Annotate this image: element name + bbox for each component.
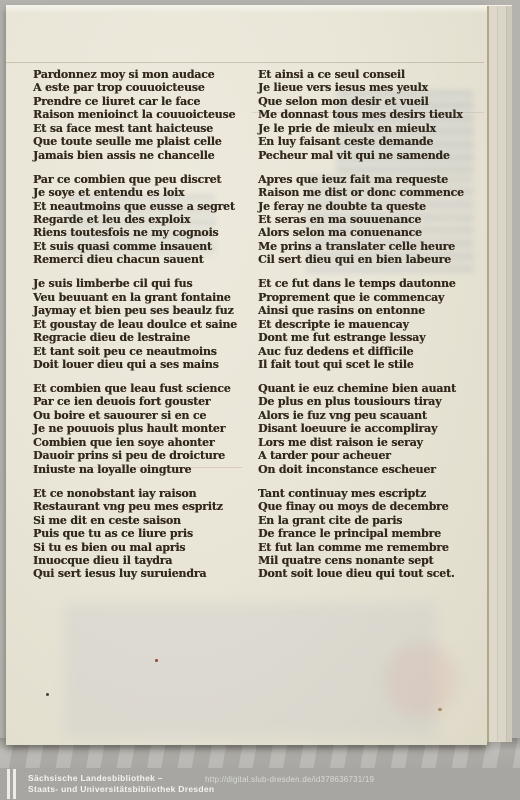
verse-line: Dont soit loue dieu qui tout scet. bbox=[258, 567, 464, 580]
verse-line: Je ne pouuois plus hault monter bbox=[33, 422, 237, 435]
verse-line: Pardonnez moy si mon audace bbox=[33, 68, 237, 81]
verse-line: Doit louer dieu qui a ses mains bbox=[33, 358, 237, 371]
verse-line: Et fut lan comme me remembre bbox=[258, 541, 464, 554]
verse-line: Prendre ce liuret car le face bbox=[33, 95, 237, 108]
verse-line: De france le principal membre bbox=[258, 527, 464, 540]
verse-line: Tant continuay mes escriptz bbox=[258, 487, 464, 500]
paper-speck bbox=[155, 659, 158, 662]
verse-line: Dauoir prins si peu de droicture bbox=[33, 449, 237, 462]
verse-line: Me donnast tous mes desirs tieulx bbox=[258, 108, 464, 121]
verse-line: En luy faisant ceste demande bbox=[258, 135, 464, 148]
verse-line: Et tant soit peu ce neautmoins bbox=[33, 345, 237, 358]
verse-line: Raison menioinct la couuoicteuse bbox=[33, 108, 237, 121]
verse-line: Quant ie euz chemine bien auant bbox=[258, 382, 464, 395]
verse-line: Regarde et leu des exploix bbox=[33, 213, 237, 226]
verse-line: Mil quatre cens nonante sept bbox=[258, 554, 464, 567]
slub-logo-icon bbox=[7, 769, 19, 799]
verse-line: Lors me dist raison ie seray bbox=[258, 436, 464, 449]
stanza-right-4: Quant ie euz chemine bien auantDe plus e… bbox=[258, 382, 464, 476]
paper-speck bbox=[438, 708, 442, 711]
verse-line: En la grant cite de paris bbox=[258, 514, 464, 527]
verse-line: Raison me dist or donc commence bbox=[258, 186, 464, 199]
verse-line: Disant loeuure ie accompliray bbox=[258, 422, 464, 435]
verse-line: Proprement que ie commencay bbox=[258, 291, 464, 304]
text-column-right: Et ainsi a ce seul conseilJe lieue vers … bbox=[258, 68, 464, 591]
verse-line: Restaurant vng peu mes espritz bbox=[33, 500, 237, 513]
verse-line: Si me dit en ceste saison bbox=[33, 514, 237, 527]
verse-line: Et suis quasi comme insauent bbox=[33, 240, 237, 253]
verse-line: Et ce nonobstant iay raison bbox=[33, 487, 237, 500]
verse-line: Me prins a translater celle heure bbox=[258, 240, 464, 253]
stanza-left-3: Je suis limberbe cil qui fusVeu beuuant … bbox=[33, 277, 237, 371]
verse-line: Je suis limberbe cil qui fus bbox=[33, 277, 237, 290]
verse-line: Combien que ien soye ahonter bbox=[33, 436, 237, 449]
book-fore-edge bbox=[487, 6, 512, 742]
verse-line: Dont me fut estrange lessay bbox=[258, 331, 464, 344]
verse-line: Et ce fut dans le temps dautonne bbox=[258, 277, 464, 290]
verse-line: Apres que ieuz fait ma requeste bbox=[258, 173, 464, 186]
verse-line: Alors selon ma conuenance bbox=[258, 226, 464, 239]
verse-line: Et ainsi a ce seul conseil bbox=[258, 68, 464, 81]
library-footer-bar: Sächsische Landesbibliothek – Staats- un… bbox=[0, 768, 520, 800]
verse-line: Iniuste na loyalle oingture bbox=[33, 463, 237, 476]
stanza-right-2: Apres que ieuz fait ma requesteRaison me… bbox=[258, 173, 464, 267]
verse-line: Je soye et entendu es loix bbox=[33, 186, 237, 199]
slub-logo-bar bbox=[7, 769, 10, 799]
stanza-right-5: Tant continuay mes escriptzQue finay ou … bbox=[258, 487, 464, 581]
stanza-left-1: Pardonnez moy si mon audaceA este par tr… bbox=[33, 68, 237, 162]
verse-line: Je feray ne doubte ta queste bbox=[258, 200, 464, 213]
verse-line: Veu beuuant en la grant fontaine bbox=[33, 291, 237, 304]
verse-line: Par ce ien deuois fort gouster bbox=[33, 395, 237, 408]
verse-line: Et sa face mest tant haicteuse bbox=[33, 122, 237, 135]
library-name: Sächsische Landesbibliothek – Staats- un… bbox=[28, 773, 214, 795]
verse-line: Par ce combien que peu discret bbox=[33, 173, 237, 186]
crease-line bbox=[6, 62, 484, 63]
text-column-left: Pardonnez moy si mon audaceA este par tr… bbox=[33, 68, 237, 591]
slub-logo-bar bbox=[13, 769, 16, 799]
verse-line: Et goustay de leau doulce et saine bbox=[33, 318, 237, 331]
bleedthrough-patch bbox=[384, 643, 458, 717]
stanza-left-2: Par ce combien que peu discretJe soye et… bbox=[33, 173, 237, 267]
verse-line: Jaymay et bien peu ses beaulz fuz bbox=[33, 304, 237, 317]
verse-line: Puis que tu as ce liure pris bbox=[33, 527, 237, 540]
digital-collection-url: http://digital.slub-dresden.de/id3786367… bbox=[205, 775, 374, 784]
verse-line: Jamais bien assis ne chancelle bbox=[33, 149, 237, 162]
verse-line: Remerci dieu chacun sauent bbox=[33, 253, 237, 266]
verse-line: A tarder pour acheuer bbox=[258, 449, 464, 462]
paper-speck bbox=[46, 693, 49, 696]
verse-line: Qui sert iesus luy suruiendra bbox=[33, 567, 237, 580]
verse-line: Riens toutesfois ne my cognois bbox=[33, 226, 237, 239]
verse-line: Que selon mon desir et vueil bbox=[258, 95, 464, 108]
verse-line: Pecheur mal vit qui ne samende bbox=[258, 149, 464, 162]
verse-line: Je le prie de mieulx en mieulx bbox=[258, 122, 464, 135]
verse-line: Je lieue vers iesus mes yeulx bbox=[258, 81, 464, 94]
stanza-left-5: Et ce nonobstant iay raisonRestaurant vn… bbox=[33, 487, 237, 581]
verse-line: Alors ie fuz vng peu scauant bbox=[258, 409, 464, 422]
verse-line: De plus en plus tousiours tiray bbox=[258, 395, 464, 408]
verse-line: On doit inconstance escheuer bbox=[258, 463, 464, 476]
verse-line: Et neautmoins que eusse a segret bbox=[33, 200, 237, 213]
verse-line: Ou boire et sauourer si en ce bbox=[33, 409, 237, 422]
verse-line: Et descripte ie mauencay bbox=[258, 318, 464, 331]
verse-line: Ainsi que rasins on entonne bbox=[258, 304, 464, 317]
library-name-line2: Staats- und Universitätsbibliothek Dresd… bbox=[28, 784, 214, 795]
manuscript-scan-viewer: Pardonnez moy si mon audaceA este par tr… bbox=[0, 0, 520, 800]
verse-line: Si tu es bien ou mal apris bbox=[33, 541, 237, 554]
verse-line: Que toute seulle me plaist celle bbox=[33, 135, 237, 148]
verse-line: Cil sert dieu qui en bien labeure bbox=[258, 253, 464, 266]
verse-line: Que finay ou moys de decembre bbox=[258, 500, 464, 513]
verse-line: Et seras en ma souuenance bbox=[258, 213, 464, 226]
verse-line: A este par trop couuoicteuse bbox=[33, 81, 237, 94]
verse-line: Inuocque dieu il taydra bbox=[33, 554, 237, 567]
verse-line: Auc fuz dedens et difficile bbox=[258, 345, 464, 358]
verse-line: Et combien que leau fust science bbox=[33, 382, 237, 395]
bleedthrough-patch bbox=[64, 603, 436, 738]
library-name-line1: Sächsische Landesbibliothek – bbox=[28, 773, 214, 784]
verse-line: Regracie dieu de lestraine bbox=[33, 331, 237, 344]
stanza-right-1: Et ainsi a ce seul conseilJe lieue vers … bbox=[258, 68, 464, 162]
verse-line: Il fait tout qui scet le stile bbox=[258, 358, 464, 371]
stanza-left-4: Et combien que leau fust sciencePar ce i… bbox=[33, 382, 237, 476]
stanza-right-3: Et ce fut dans le temps dautonnePropreme… bbox=[258, 277, 464, 371]
page-top-edge bbox=[6, 5, 512, 13]
